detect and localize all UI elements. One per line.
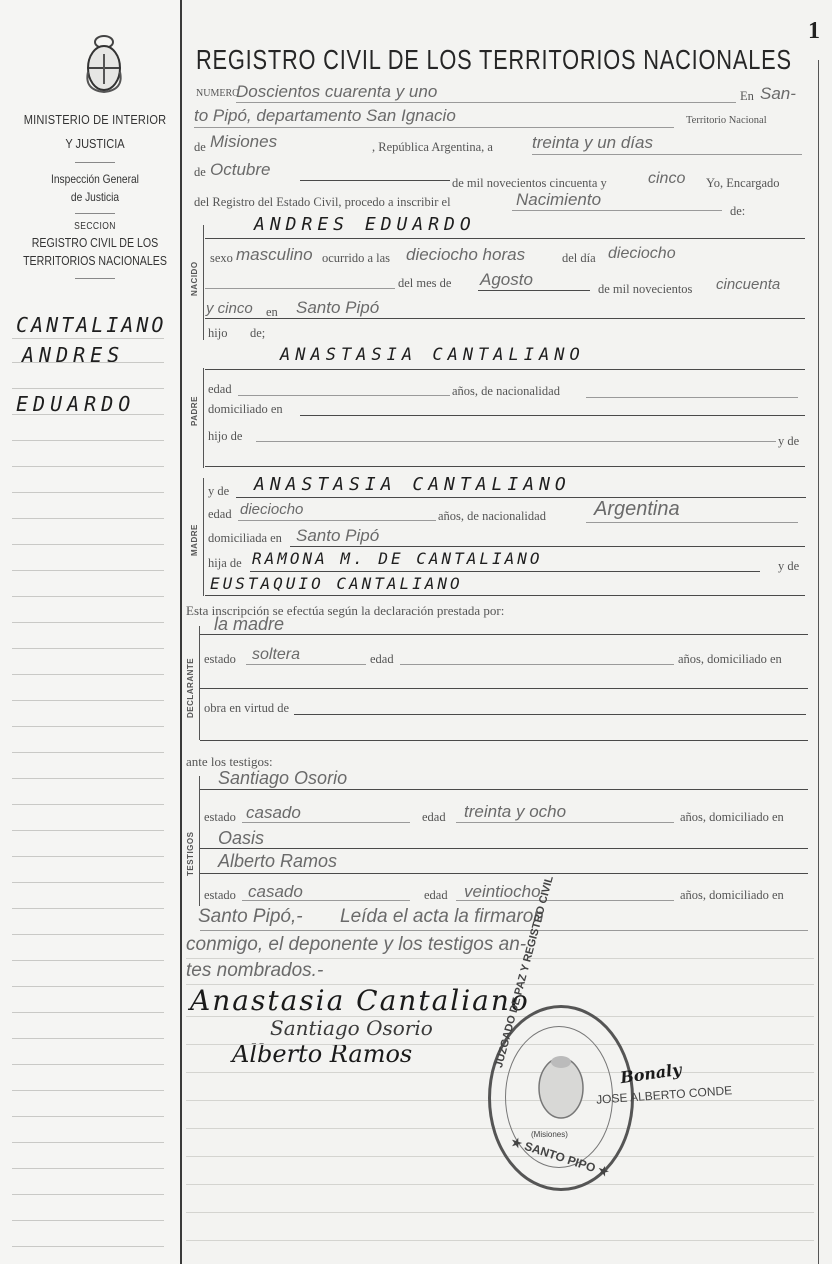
witness2-anos-label: años, domiciliado en [680, 888, 784, 903]
divider [75, 213, 115, 214]
numero-value: Doscientos cuarenta y uno [236, 82, 437, 102]
madre-domicilio-label: domiciliada en [208, 531, 282, 546]
republica-label: , República Argentina, a [372, 140, 493, 155]
nacido-year-value1: cincuenta [716, 276, 780, 293]
numero-label: NUMERO [196, 88, 239, 99]
closing-line-1: Leída el acta la firmaron [340, 906, 544, 928]
de-label: de [194, 140, 206, 155]
maternal-grandfather: EUSTAQUIO CANTALIANO [210, 574, 463, 593]
month-of-birth-value: Agosto [480, 270, 533, 290]
witness1-domicilio: Oasis [218, 828, 264, 849]
sexo-value: masculino [236, 245, 313, 265]
padre-name: ANASTASIA CANTALIANO [280, 345, 585, 365]
declarante-edad-label: edad [370, 652, 394, 667]
padre-hijo-de-label: hijo de [208, 429, 242, 444]
document-title: REGISTRO CIVIL DE LOS TERRITORIOS NACION… [196, 44, 792, 76]
witness1-anos-label: años, domiciliado en [680, 810, 784, 825]
day-value: treinta y un días [532, 133, 653, 153]
inspection-line-2: de Justicia [23, 190, 168, 204]
declarante-name: la madre [214, 614, 284, 635]
closing-line-2: conmigo, el deponente y los testigos an- [186, 934, 526, 956]
madre-edad-label: edad [208, 507, 232, 522]
place-part2: to Pipó, departamento San Ignacio [194, 106, 456, 126]
argentine-coat-of-arms-icon [82, 32, 126, 96]
madre-hija-de-label: hija de [208, 556, 242, 571]
witness1-edad-value: treinta y ocho [464, 802, 566, 822]
margin-column: MINISTERIO DE INTERIOR Y JUSTICIA Inspec… [0, 0, 180, 1264]
testigos-section-label: TESTIGOS [186, 832, 195, 876]
closing-line-3: tes nombrados.- [186, 960, 323, 982]
birthplace-value: Santo Pipó [296, 298, 379, 318]
witness2-name: Alberto Ramos [218, 851, 337, 872]
hijo-label: hijo [208, 326, 227, 341]
territorio-label: Territorio Nacional [686, 115, 767, 126]
margin-given-name-1: ANDRES [22, 343, 124, 367]
day-of-birth-value: dieciocho [608, 245, 676, 263]
declarante-anos-label: años, domiciliado en [678, 652, 782, 667]
hijo-de-label: de; [250, 326, 265, 341]
section-line-2: TERRITORIOS NACIONALES [23, 254, 168, 268]
year-value: cinco [648, 170, 685, 188]
declarant-signature: Anastasia Cantaliano [190, 984, 530, 1017]
dia-label: del día [562, 251, 596, 266]
declarante-estado-value: soltera [252, 646, 300, 664]
sexo-label: sexo [210, 251, 233, 266]
madre-anos-label: años, de nacionalidad [438, 509, 546, 524]
section-line-1: REGISTRO CIVIL DE LOS [23, 236, 168, 250]
ministry-line-1: MINISTERIO DE INTERIOR [23, 112, 168, 127]
page-number: 1 [808, 18, 820, 45]
madre-name: ANASTASIA CANTALIANO [254, 474, 571, 495]
divider [75, 162, 115, 163]
hour-value: dieciocho horas [406, 245, 525, 265]
right-rule [818, 60, 819, 1264]
section-label: SECCION [23, 221, 168, 232]
month-value: Octubre [210, 160, 270, 180]
seal-inner-text: (Misiones) [531, 1130, 568, 1139]
padre-domicilio-label: domiciliado en [208, 402, 283, 417]
madre-y-de-label-2: y de [778, 559, 799, 574]
maternal-grandmother: RAMONA M. DE CANTALIANO [252, 549, 543, 568]
madre-section-label: MADRE [190, 524, 199, 556]
witness1-estado-value: casado [246, 803, 301, 823]
witness1-estado-label: estado [204, 810, 236, 825]
margin-rule [180, 0, 182, 1264]
padre-section-label: PADRE [190, 396, 199, 426]
madre-domicilio-value: Santo Pipó [296, 526, 379, 546]
place-part1: San- [760, 84, 796, 104]
padre-edad-label: edad [208, 382, 232, 397]
declarante-estado-label: estado [204, 652, 236, 667]
seal-emblem-icon [531, 1048, 591, 1128]
ministry-line-2: Y JUSTICIA [23, 136, 168, 151]
encargado-label: Yo, Encargado [706, 176, 780, 191]
divider [75, 278, 115, 279]
en-label: En [740, 89, 754, 104]
nacido-year-label: de mil novecientos [598, 282, 692, 297]
declarante-section-label: DECLARANTE [186, 658, 195, 718]
territorio-value: Misiones [210, 132, 277, 152]
registro-label: del Registro del Estado Civil, procedo a… [194, 195, 451, 210]
margin-given-name-2: EDUARDO [16, 392, 135, 416]
child-name: ANDRES EDUARDO [254, 214, 476, 235]
nacido-year-value2: y cinco [206, 300, 253, 317]
witness2-estado-value: casado [248, 882, 303, 902]
nacido-section-label: NACIDO [190, 261, 199, 296]
padre-y-de-label: y de [778, 434, 799, 449]
witness1-edad-label: edad [422, 810, 446, 825]
witness1-name: Santiago Osorio [218, 768, 347, 789]
witness2-edad-label: edad [424, 888, 448, 903]
madre-edad-value: dieciocho [240, 501, 303, 518]
margin-surname: CANTALIANO [16, 313, 166, 337]
witness2-estado-label: estado [204, 888, 236, 903]
month-de-label: de [194, 165, 206, 180]
madre-y-de-label: y de [208, 484, 229, 499]
witness2-domicilio: Santo Pipó,- [198, 906, 303, 928]
declarante-obra-label: obra en virtud de [204, 701, 289, 716]
madre-nacionalidad-value: Argentina [594, 498, 680, 521]
witness1-signature: Santiago Osorio [270, 1016, 433, 1040]
de-colon-label: de: [730, 204, 745, 219]
act-type: Nacimiento [516, 190, 601, 210]
witness2-edad-value: veintiocho [464, 882, 541, 902]
padre-anos-label: años, de nacionalidad [452, 384, 560, 399]
mes-label: del mes de [398, 276, 451, 291]
inspection-line-1: Inspección General [23, 172, 168, 186]
year-label: de mil novecientos cincuenta y [452, 176, 607, 191]
ocurrido-label: ocurrido a las [322, 251, 390, 266]
